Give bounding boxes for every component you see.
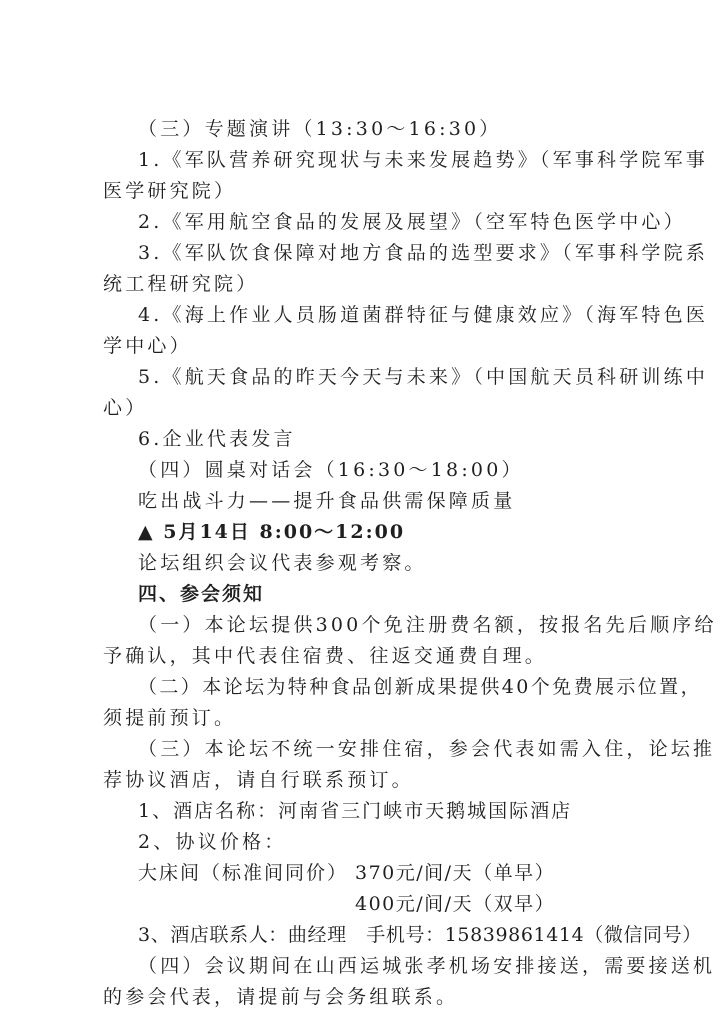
notice-2-line-1: （二）本论坛为特种食品创新成果提供40个免费展示位置， [138, 675, 702, 699]
hotel-price-double: 400元/间/天（双早） [355, 892, 555, 916]
roundtable-topic: 吃出战斗力——提升食品供需保障质量 [138, 489, 515, 513]
notice-2-line-2: 须提前预订。 [103, 706, 236, 730]
hotel-price-single: 370元/间/天（单早） [355, 861, 555, 885]
talk-3-line-1: 3.《军队饮食保障对地方食品的选型要求》（军事科学院系 [138, 241, 708, 265]
talks-section-header: （三）专题演讲（13:30～16:30） [138, 117, 502, 141]
hotel-price-label: 2、协议价格： [138, 830, 287, 854]
hotel-name: 1、酒店名称：河南省三门峡市天鹅城国际酒店 [138, 799, 572, 823]
talk-4-line-1: 4.《海上作业人员肠道菌群特征与健康效应》（海军特色医 [138, 303, 708, 327]
roundtable-header: （四）圆桌对话会（16:30～18:00） [138, 458, 524, 482]
notice-3-line-1: （三）本论坛不统一安排住宿，参会代表如需入住，论坛推 [138, 737, 715, 761]
talk-4-line-2: 学中心） [103, 334, 192, 358]
notice-1-line-1: （一）本论坛提供300个免注册费名额，按报名先后顺序给 [138, 613, 717, 637]
talk-6: 6.企业代表发言 [138, 427, 296, 451]
notice-3-line-2: 荐协议酒店，请自行联系预订。 [103, 768, 414, 792]
document-page: （三）专题演讲（13:30～16:30） 1.《军队营养研究现状与未来发展趋势》… [0, 0, 725, 1024]
talk-5-line-2: 心） [103, 396, 147, 420]
talk-2: 2.《军用航空食品的发展及展望》（空军特色医学中心） [138, 210, 686, 234]
notice-1-line-2: 予确认，其中代表住宿费、往返交通费自理。 [103, 644, 547, 668]
talk-1-line-1: 1.《军队营养研究现状与未来发展趋势》（军事科学院军事 [138, 148, 708, 172]
hotel-contact: 3、酒店联系人：曲经理 手机号：15839861414（微信同号） [138, 923, 702, 947]
talk-1-line-2: 医学研究院） [103, 179, 236, 203]
talk-5-line-1: 5.《航天食品的昨天今天与未来》（中国航天员科研训练中 [138, 365, 708, 389]
notice-section-header: 四、参会须知 [138, 582, 264, 606]
notice-4-line-1: （四）会议期间在山西运城张孝机场安排接送，需要接送机 [138, 954, 715, 978]
notice-4-line-2: 的参会代表，请提前与会务组联系。 [103, 985, 458, 1009]
visit-description: 论坛组织会议代表参观考察。 [138, 551, 427, 575]
talk-3-line-2: 统工程研究院） [103, 272, 258, 296]
visit-time-heading: ▲ 5月14日 8:00～12:00 [138, 520, 405, 544]
hotel-room-type: 大床间（标准间同价） [138, 861, 348, 885]
